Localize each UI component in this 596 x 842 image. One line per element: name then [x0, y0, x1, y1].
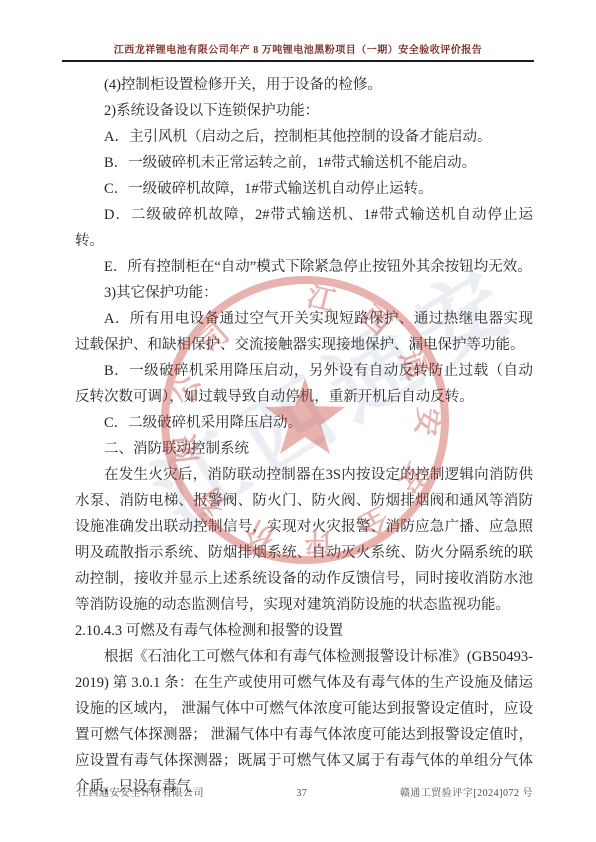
- paragraph: 根据《石油化工可燃气体和有毒气体检测报警设计标准》(GB50493-2019) …: [75, 644, 533, 800]
- paragraph: (4)控制柜设置检修开关，用于设备的检修。: [75, 72, 533, 98]
- paragraph: 3)其它保护功能：: [75, 280, 533, 306]
- footer-doc-number: 赣通工贸验评字[2024]072 号: [400, 784, 533, 799]
- paragraph: B．一级破碎机未正常运转之前，1#带式输送机不能启动。: [75, 150, 533, 176]
- page-footer: 江西通安安全评价有限公司 37 赣通工贸验评字[2024]072 号: [78, 784, 533, 799]
- paragraph: 在发生火灾后，消防联动控制器在3S内按设定的控制逻辑向消防供水泵、消防电梯、报警…: [75, 462, 533, 618]
- header-rule: [62, 60, 534, 62]
- paragraph: E．所有控制柜在“自动”模式下除紧急停止按钮外其余按钮均无效。: [75, 254, 533, 280]
- section-title: 二、消防联动控制系统: [75, 436, 533, 462]
- paragraph: B．一级破碎机采用降压启动，另外设有自动反转防止过载（自动反转次数可调），如过载…: [75, 358, 533, 410]
- section-heading: 2.10.4.3 可燃及有毒气体检测和报警的设置: [75, 618, 533, 644]
- paragraph: 2)系统设备设以下连锁保护功能：: [75, 98, 533, 124]
- footer-page-number: 37: [296, 788, 307, 799]
- paragraph: C．二级破碎机采用降压启动。: [75, 410, 533, 436]
- document-page: 江西龙祥锂电池有限公司年产 8 万吨锂电池黑粉项目（一期）安全验收评价报告 (4…: [0, 0, 596, 842]
- paragraph: C．一级破碎机故障，1#带式输送机自动停止运转。: [75, 176, 533, 202]
- footer-company: 江西通安安全评价有限公司: [78, 784, 204, 799]
- paragraph: A．所有用电设备通过空气开关实现短路保护、通过热继电器实现过载保护、和缺相保护、…: [75, 306, 533, 358]
- document-body: (4)控制柜设置检修开关，用于设备的检修。 2)系统设备设以下连锁保护功能： A…: [75, 72, 533, 800]
- paragraph: A．主引风机（启动之后，控制柜其他控制的设备才能启动。: [75, 124, 533, 150]
- paragraph: D．二级破碎机故障，2#带式输送机、1#带式输送机自动停止运转。: [75, 202, 533, 254]
- page-header-title: 江西龙祥锂电池有限公司年产 8 万吨锂电池黑粉项目（一期）安全验收评价报告: [0, 41, 596, 56]
